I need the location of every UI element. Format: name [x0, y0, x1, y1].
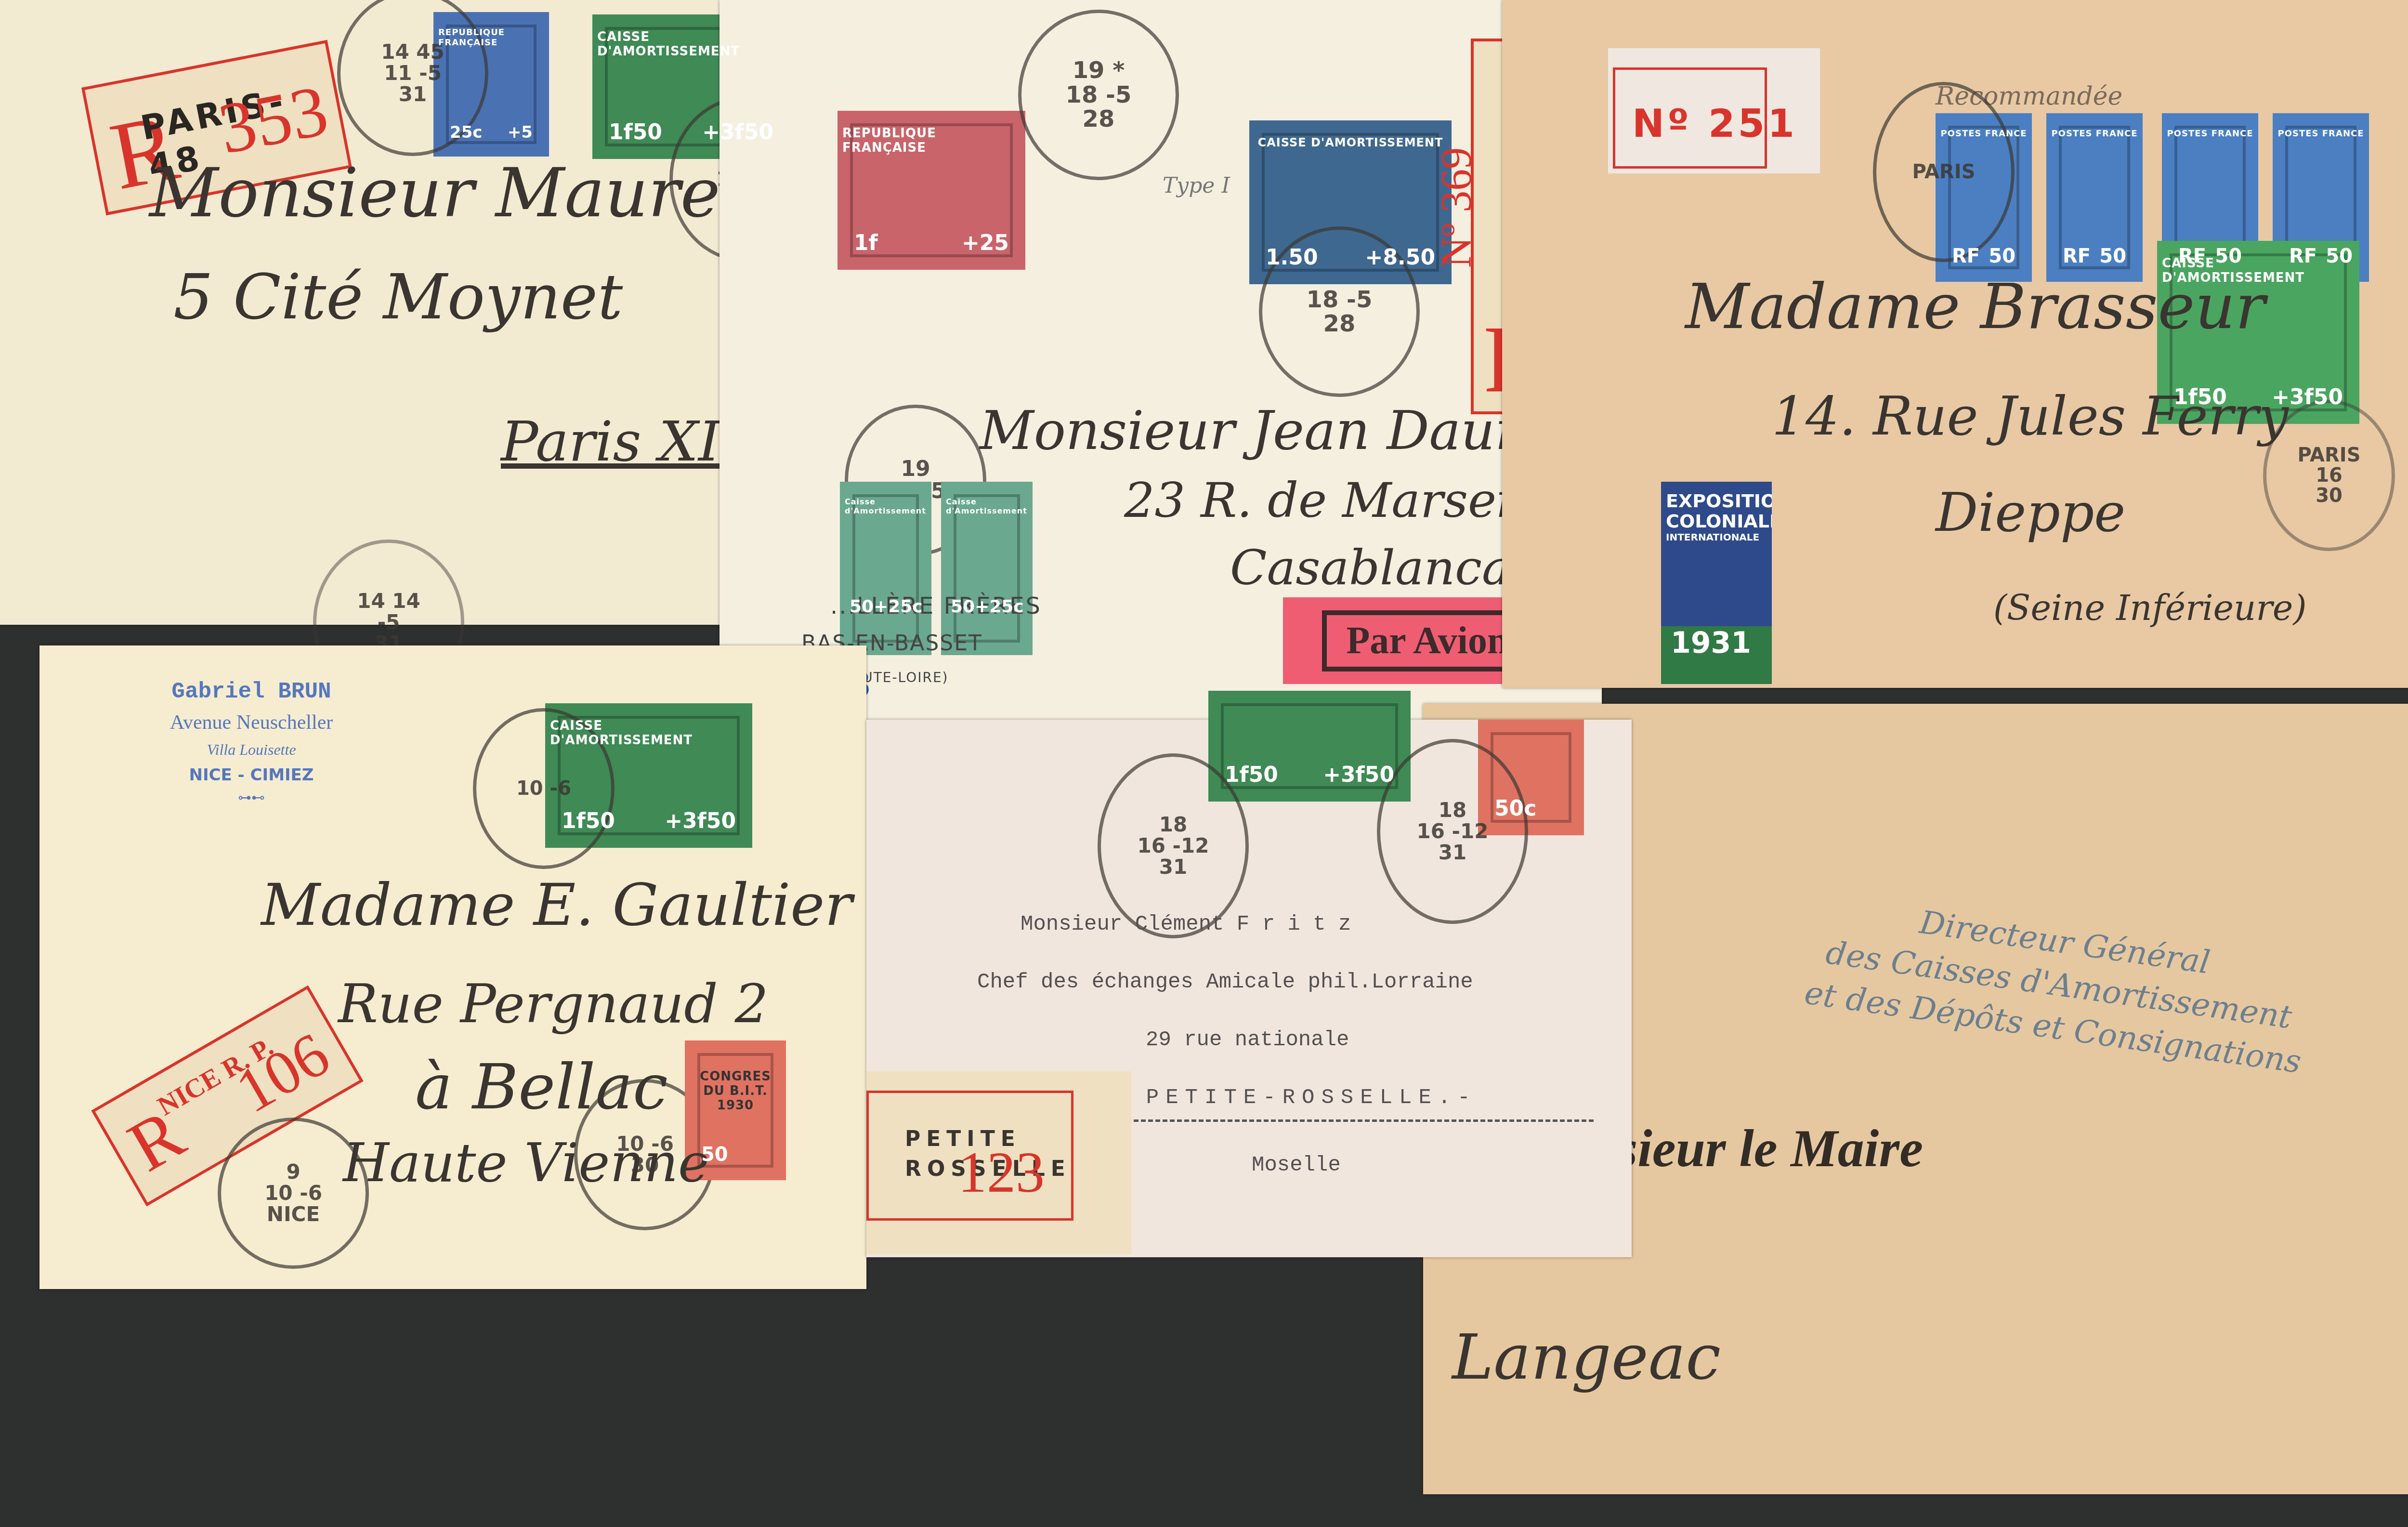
- cover-casablanca: REPUBLIQUE FRANÇAISE 1f+25 Type I CAISSE…: [720, 0, 1602, 727]
- stamp-caisse-amortissement: 1f50+3f50: [1208, 691, 1411, 802]
- address-line: Chef des échanges Amicale phil.Lorraine: [977, 970, 1473, 994]
- address-line: Moselle: [1252, 1153, 1341, 1177]
- address-line: Monsieur Mauret: [149, 154, 747, 233]
- address-line: 5 Cité Moynet: [173, 260, 623, 333]
- registration-label: PETITE ROSSELLE 123: [866, 1071, 1131, 1254]
- pencil-note: Type I: [1163, 173, 1230, 198]
- cover-nice: Gabriel BRUN Avenue Neuscheller Villa Lo…: [39, 645, 866, 1289]
- address-line: Madame E. Gaultier: [261, 872, 852, 939]
- registration-number: 353: [213, 74, 333, 165]
- fleuron-icon: ⊶⊷: [136, 790, 367, 806]
- stamp-semeuse-surcharge: Caisse d'Amortissement 50+25c: [941, 482, 1033, 655]
- exposition-vignette: EXPOSITION COLONIALE INTERNATIONALE 1931: [1661, 482, 1772, 684]
- dashed-rule: [1112, 1119, 1594, 1122]
- address-line: (Seine Inférieure): [1993, 588, 2307, 628]
- stamp-semeuse-surcharge: Caisse d'Amortissement 50+25c: [840, 482, 931, 655]
- registration-number: 123: [958, 1144, 1045, 1201]
- stamp-jeanne-arc: POSTES FRANCERF50: [2046, 113, 2143, 282]
- registration-label: Nº 251: [1608, 48, 1820, 173]
- sender-block: Gabriel BRUN Avenue Neuscheller Villa Lo…: [136, 679, 367, 806]
- postmark: PARIS: [1873, 82, 2015, 262]
- stamp-caisse-amortissement: CAISSE D'AMORTISSEMENT 1.50+8.50: [1249, 120, 1452, 284]
- stamp-orphelins-1f: REPUBLIQUE FRANÇAISE 1f+25: [838, 111, 1025, 270]
- address-line: à Bellac: [415, 1050, 668, 1123]
- registration-number: 106: [226, 1022, 339, 1123]
- address-line: à PETITE-ROSSELLE.-: [1107, 1086, 1477, 1110]
- address-line: Monsieur Clément F r i t z: [1021, 912, 1351, 936]
- address-line: Haute Vienne: [343, 1132, 709, 1194]
- postmark: 19 *18 -528: [1018, 10, 1179, 180]
- address-hand: Langeac: [1452, 1320, 1721, 1394]
- registration-number: Nº 251: [1632, 101, 1797, 146]
- handstamp-directeur: Directeur Général des Caisses d'Amortiss…: [1802, 886, 2316, 1083]
- address-line: Rue Pergnaud 2: [338, 973, 769, 1035]
- cover-dieppe: Nº 251 Recommandée POSTES FRANCERF50 POS…: [1502, 0, 2408, 688]
- address-line: Dieppe: [1936, 482, 2125, 543]
- cover-petite-rosselle: 1f50+3f50 50c 1816 -1231 1816 -1231 Mons…: [866, 720, 1632, 1257]
- address-line: 29 rue nationale: [1146, 1028, 1349, 1052]
- stamp-semeuse-bit: CONGRES DU B.I.T. 193050: [685, 1040, 786, 1180]
- cover-paris: R PARIS-48 353 REPUBLIQUE FRANÇAISE 25c+…: [0, 0, 833, 625]
